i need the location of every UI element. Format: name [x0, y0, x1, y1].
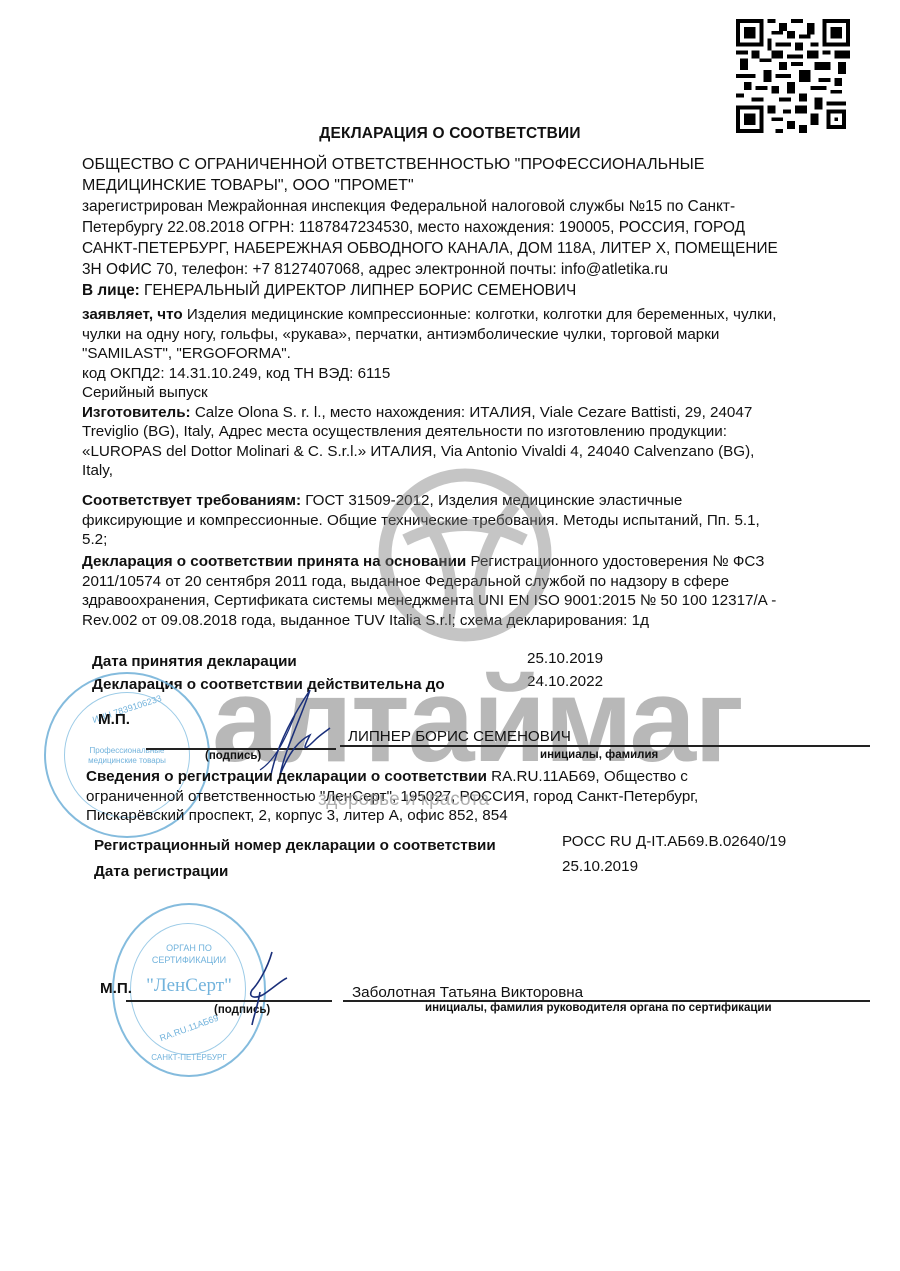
declares-label: заявляет, что	[82, 306, 183, 323]
requirements-label: Соответствует требованиям:	[82, 492, 301, 509]
manufacturer-line: Calze Olona S. r. l., место нахождения: …	[191, 404, 753, 421]
certifier-signature-icon	[232, 950, 312, 1030]
declares-line: "SAMILAST", "ERGOFORMA".	[82, 344, 776, 364]
manufacturer-label: Изготовитель:	[82, 404, 191, 421]
registration-info-label: Сведения о регистрации декларации о соот…	[86, 768, 487, 785]
registration-date-value: 25.10.2019	[562, 857, 638, 877]
represented-by: В лице: ГЕНЕРАЛЬНЫЙ ДИРЕКТОР ЛИПНЕР БОРИ…	[82, 280, 778, 301]
product-codes: код ОКПД2: 14.31.10.249, код ТН ВЭД: 611…	[82, 364, 776, 384]
applicant-line: 3Н ОФИС 70, телефон: +7 8127407068, адре…	[82, 259, 778, 280]
applicant-line: САНКТ-ПЕТЕРБУРГ, НАБЕРЕЖНАЯ ОБВОДНОГО КА…	[82, 238, 778, 259]
registration-date-label: Дата регистрации	[94, 862, 228, 882]
applicant-line: зарегистрирован Межрайонная инспекция Фе…	[82, 196, 778, 217]
certifier-mp: М.П.	[100, 979, 132, 999]
applicant-line: Петербургу 22.08.2018 ОГРН: 118784723453…	[82, 217, 778, 238]
watermark-logo-icon	[375, 465, 555, 645]
applicant-name: ЛИПНЕР БОРИС СЕМЕНОВИЧ	[348, 727, 571, 747]
watermark-tagline: здоровье и красота	[318, 789, 489, 811]
manufacturer-line: Treviglio (BG), Italy, Адрес места осуще…	[82, 422, 776, 442]
production-type: Серийный выпуск	[82, 383, 776, 403]
declares-line: Изделия медицинские компрессионные: колг…	[183, 306, 777, 323]
document-title: ДЕКЛАРАЦИЯ О СООТВЕТСТВИИ	[0, 124, 900, 144]
manufacturer-line: «LUROPAS del Dottor Molinari & C. S.r.l.…	[82, 442, 776, 462]
certifier-name-caption: инициалы, фамилия руководителя органа по…	[425, 1002, 772, 1014]
applicant-mp: М.П.	[98, 710, 130, 730]
applicant-block: ОБЩЕСТВО С ОГРАНИЧЕННОЙ ОТВЕТСТВЕННОСТЬЮ…	[82, 154, 778, 301]
registration-info-line: RA.RU.11АБ69, Общество с	[487, 768, 688, 785]
registration-number-value: РОСС RU Д-IT.АБ69.В.02640/19	[562, 832, 786, 852]
represented-by-value: ГЕНЕРАЛЬНЫЙ ДИРЕКТОР ЛИПНЕР БОРИС СЕМЕНО…	[140, 282, 576, 299]
certifier-name: Заболотная Татьяна Викторовна	[352, 983, 583, 1003]
declares-line: чулки на одну ногу, гольфы, «рукава», пе…	[82, 325, 776, 345]
name-caption: инициалы, фамилия	[540, 749, 658, 761]
applicant-line: МЕДИЦИНСКИЕ ТОВАРЫ", ООО "ПРОМЕТ"	[82, 175, 778, 196]
registration-number-label: Регистрационный номер декларации о соотв…	[94, 836, 496, 856]
qr-code	[736, 18, 850, 134]
applicant-line: ОБЩЕСТВО С ОГРАНИЧЕННОЙ ОТВЕТСТВЕННОСТЬЮ…	[82, 154, 778, 175]
declares-block: заявляет, что Изделия медицинские компре…	[82, 305, 776, 481]
stamp-city: САНКТ-ПЕТЕРБУРГ	[114, 1053, 264, 1062]
represented-by-label: В лице:	[82, 282, 140, 299]
